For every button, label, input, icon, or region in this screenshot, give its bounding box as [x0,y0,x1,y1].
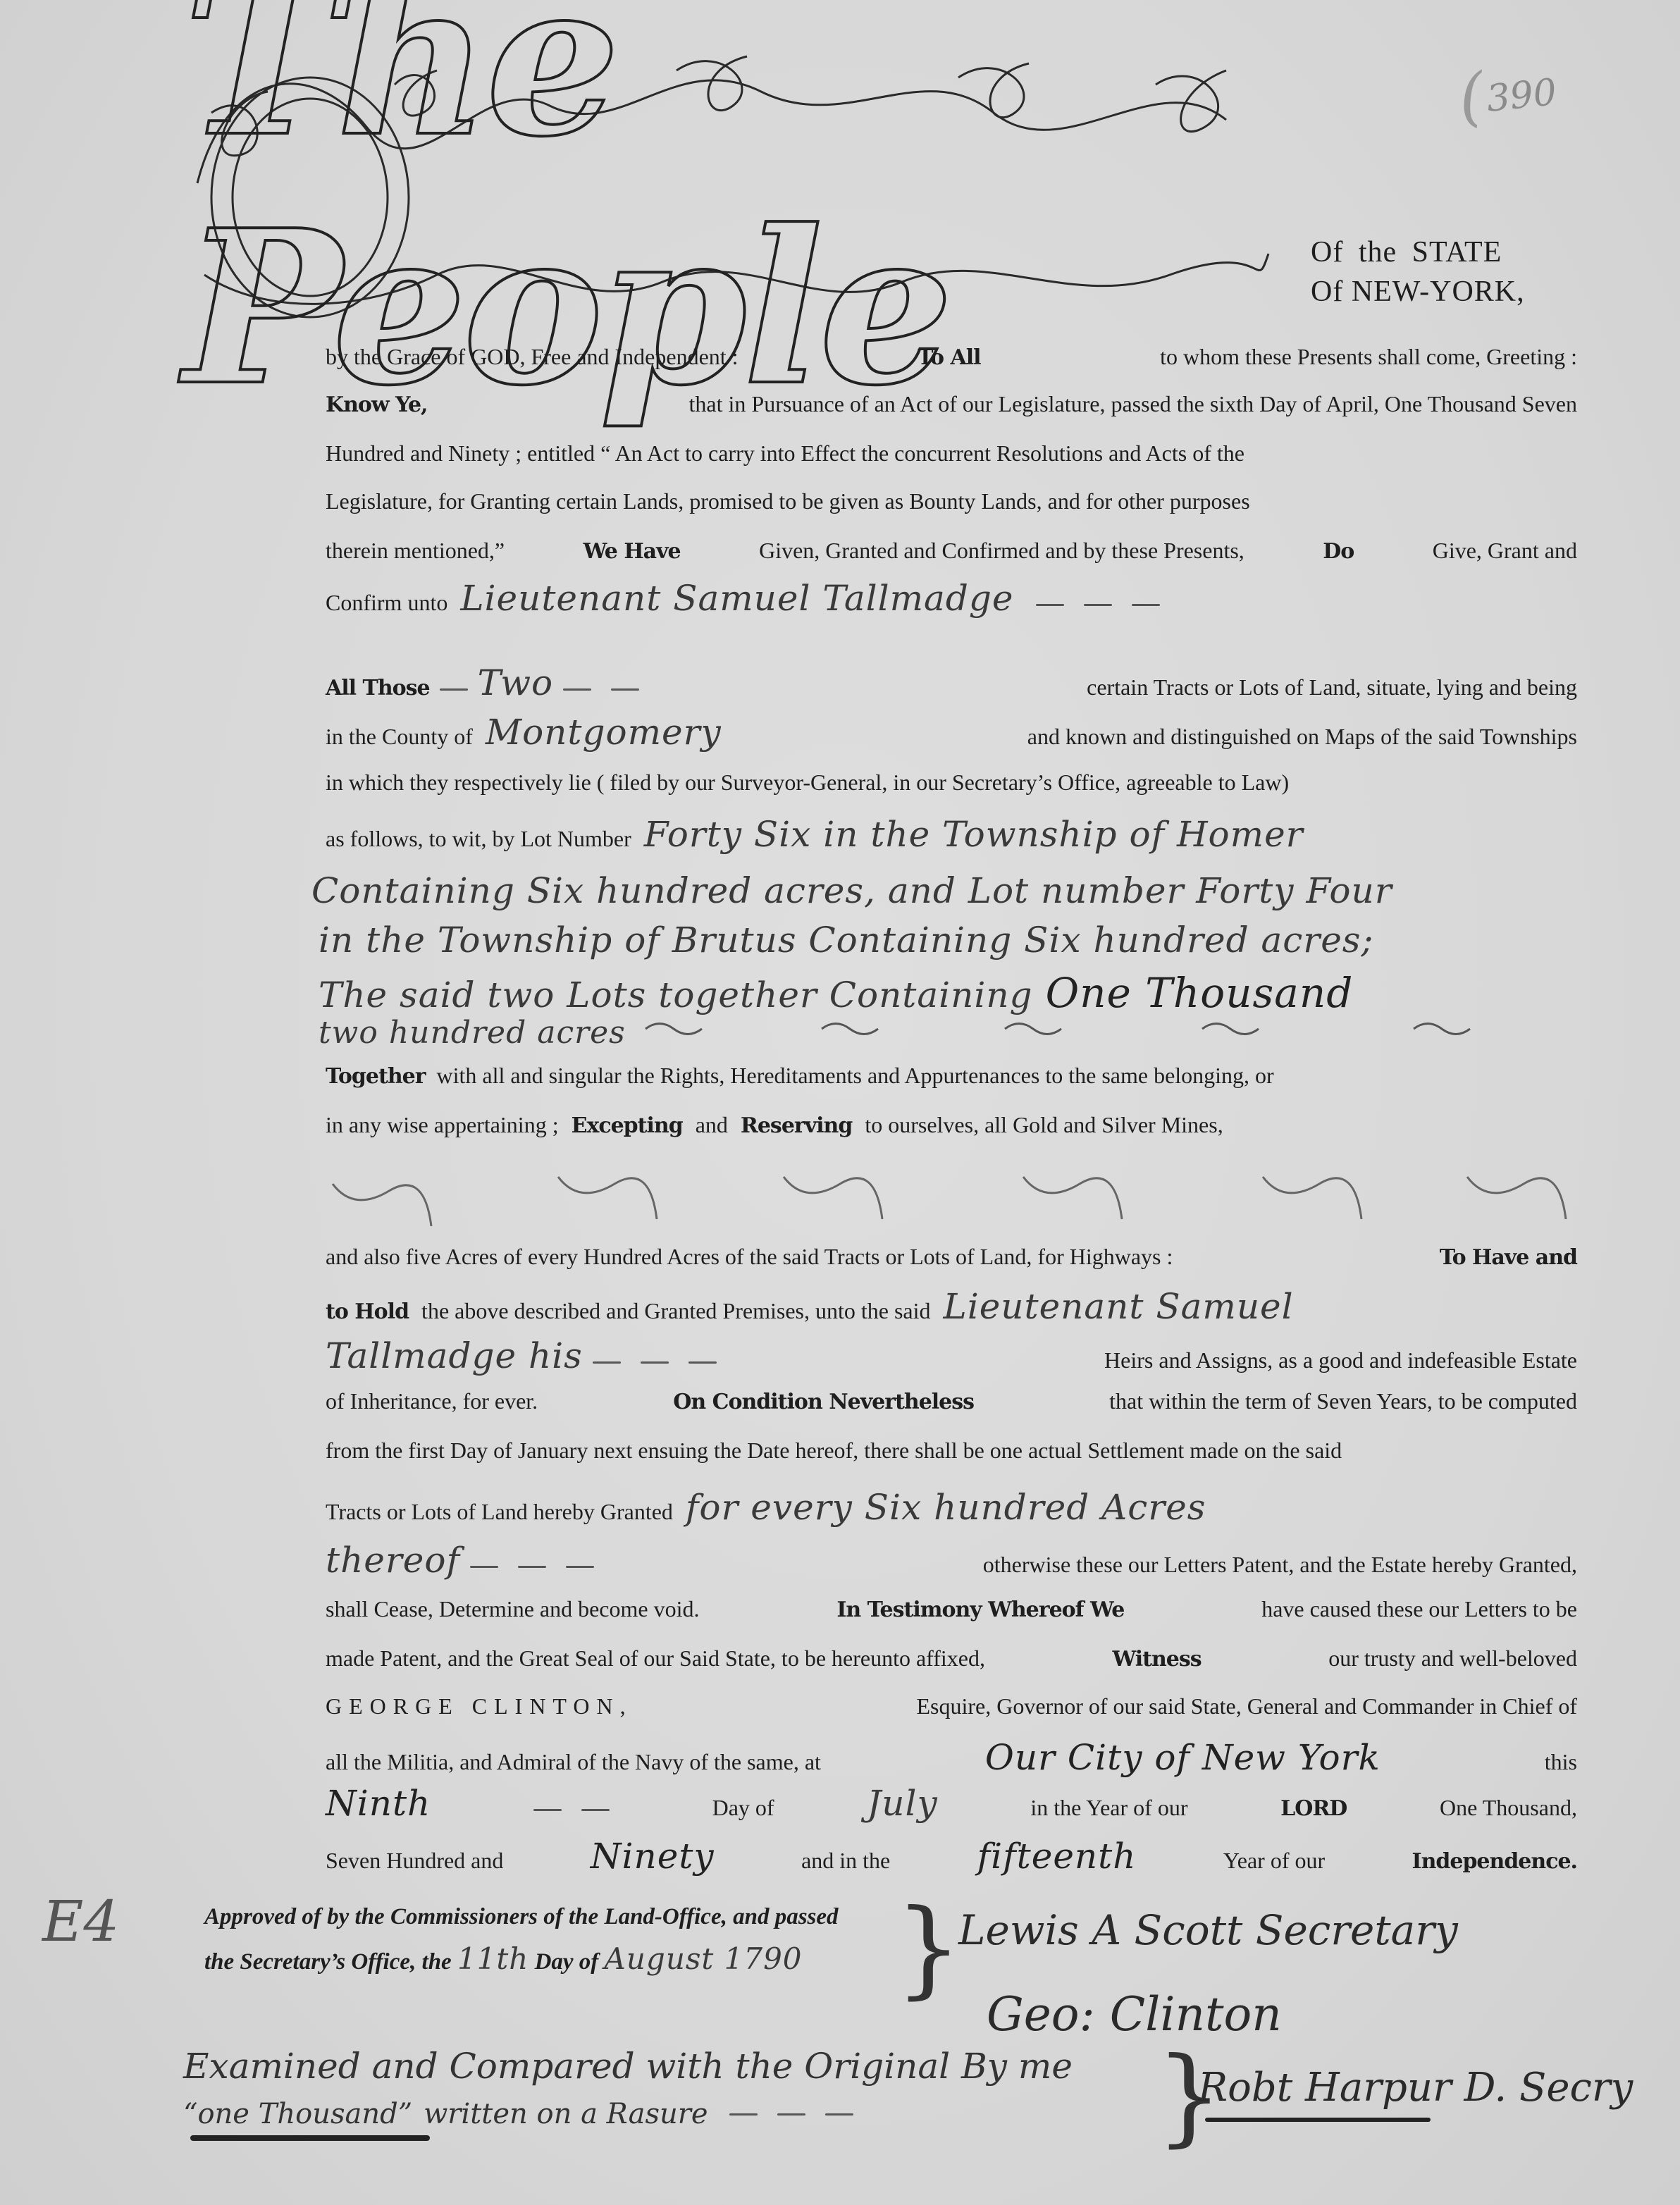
blackletter-phrase: Independence. [1412,1849,1577,1874]
handwritten-grantee: Lieutenant Samuel Tallmadge [460,578,1013,619]
handwritten-settlement-terms: for every Six hundred Acres [686,1487,1206,1528]
rasure-quote: “one Thousand” [183,2098,412,2130]
handwritten-location: Our City of New York [985,1737,1381,1778]
text-line: All ThoseTwo certain Tracts or Lots of L… [326,662,1577,703]
page-number: 390 [1455,51,1560,135]
handwritten-line: Containing Six hundred acres, and Lot nu… [311,870,1563,911]
text-line: to Hold the above described and Granted … [326,1286,1577,1327]
handwritten-lot-description: Forty Six in the Township of Homer [644,814,1304,855]
text-line: made Patent, and the Great Seal of our S… [326,1645,1577,1672]
blackletter-phrase: Together [326,1064,426,1089]
text-line: of Inheritance, for ever. On Condition N… [326,1388,1577,1414]
ornate-title: The People [183,42,1283,324]
fill-squiggle-icon [326,1170,1577,1226]
blackletter-phrase: To Have and [1440,1245,1577,1270]
text-line: Ninth Day of July in the Year of our LOR… [326,1783,1577,1824]
text-line: and also five Acres of every Hundred Acr… [326,1244,1577,1270]
signature-deputy-secretary: Robt Harpur D. Secry [1198,2065,1633,2111]
text-line: Legislature, for Granting certain Lands,… [326,488,1577,514]
fill-squiggles [326,1170,1577,1226]
text-line: Confirm unto Lieutenant Samuel Tallmadge [326,578,1577,619]
document-page: 390 The People Of the STATE Of NEW-YORK,… [0,0,1680,2205]
handwritten-county: Montgomery [486,712,722,753]
state-heading-line-2: Of NEW-YORK, [1311,272,1525,311]
blackletter-phrase: In Testimony Whereof We [836,1598,1124,1622]
title-the-people: The People [183,42,1283,324]
handwritten-month: July [867,1783,937,1824]
text-line: in any wise appertaining ; Excepting and… [326,1112,1577,1138]
approval-statement: Approved of by the Commissioners of the … [204,1896,839,1983]
governor-name: GEORGE CLINTON, [326,1693,633,1719]
text-line: Tallmadge his Heirs and Assigns, as a go… [326,1335,1577,1376]
text-line: Hundred and Ninety ; entitled “ An Act t… [326,440,1577,467]
text-line: Tracts or Lots of Land hereby Granted fo… [326,1487,1577,1528]
text-line: therein mentioned,” We Have Given, Grant… [326,538,1577,564]
brace-icon: } [895,1896,962,2001]
blackletter-phrase: Excepting [572,1113,683,1138]
text-line: as follows, to wit, by Lot Number Forty … [326,814,1577,855]
blackletter-phrase: to Hold [326,1299,409,1324]
blackletter-phrase: Witness [1113,1647,1202,1672]
state-heading-line-1: Of the STATE [1311,233,1525,272]
text-line: Know Ye, that in Pursuance of an Act of … [326,391,1577,417]
blackletter-phrase: Do [1323,539,1354,564]
handwritten-independence-year: fifteenth [977,1836,1137,1877]
text-line: all the Militia, and Admiral of the Navy… [326,1737,1577,1778]
handwritten-line: The said two Lots together Containing On… [319,969,1570,1017]
signature-secretary: Lewis A Scott Secretary [958,1906,1458,1954]
state-heading: Of the STATE Of NEW-YORK, [1311,233,1525,311]
text-line: Together with all and singular the Right… [326,1063,1577,1089]
blackletter-phrase: We Have [583,539,681,564]
handwritten-approval-day: 11th [457,1941,529,1976]
blackletter-phrase: To All [918,345,980,370]
text-line: shall Cease, Determine and become void. … [326,1596,1577,1622]
text-line: in the County of Montgomery and known an… [326,712,1577,753]
blackletter-phrase: On Condition Nevertheless [673,1390,974,1414]
text-line: by the Grace of GOD, Free and Independen… [326,344,1577,370]
text-line: GEORGE CLINTON, Esquire, Governor of our… [326,1693,1577,1719]
handwritten-count: Two [478,662,553,703]
handwritten-day: Ninth [326,1783,431,1824]
examination-note: Examined and Compared with the Original … [183,2044,1073,2137]
blackletter-phrase: All Those [326,676,430,700]
blackletter-phrase: Know Ye, [326,393,428,417]
underline-mark [1205,2118,1431,2122]
text-line: Seven Hundred and Ninety and in the fift… [326,1836,1577,1877]
handwritten-grantee: Lieutenant Samuel [944,1286,1294,1327]
handwritten-grantee: Tallmadge his [326,1335,583,1376]
handwritten-total-acres: One Thousand [1046,969,1354,1017]
handwritten-approval-date: August 1790 [605,1941,803,1976]
text-line: in which they respectively lie ( filed b… [326,770,1577,796]
text-line: from the first Day of January next ensui… [326,1438,1577,1464]
fill-dashes [1026,590,1170,616]
underline-mark [190,2135,430,2141]
handwritten-year: Ninety [591,1836,715,1877]
handwritten-line: in the Township of Brutus Containing Six… [319,920,1570,961]
fill-squiggle-icon [638,1015,1484,1043]
margin-mark: E4 [42,1889,119,1954]
blackletter-phrase: LORD [1280,1796,1347,1821]
signature-governor: Geo: Clinton [987,1987,1282,2042]
blackletter-phrase: Reserving [741,1113,852,1138]
text-line: thereof otherwise these our Letters Pate… [326,1540,1577,1581]
handwritten-line: two hundred acres [319,1015,1570,1051]
